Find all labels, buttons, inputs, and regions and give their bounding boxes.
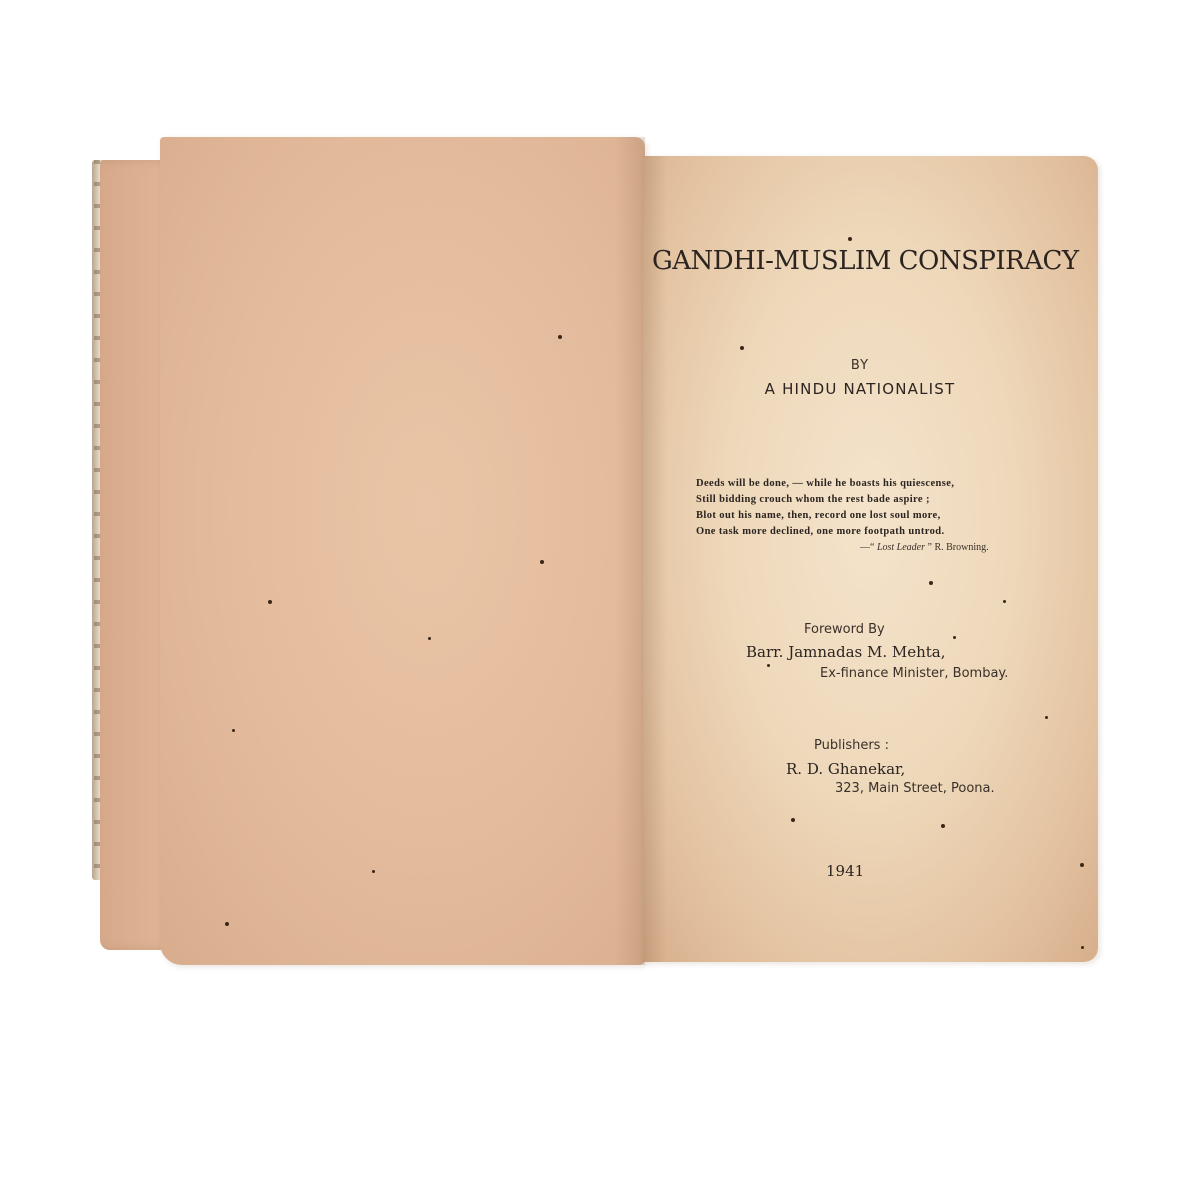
epigraph-line: Blot out his name, then, record one lost… [696, 508, 1036, 524]
by-label: BY [640, 358, 1080, 373]
foreword-label: Foreword By [804, 622, 885, 637]
foreword-author-title: Ex-finance Minister, Bombay. [820, 666, 1008, 681]
publication-year: 1941 [826, 862, 864, 880]
epigraph: Deeds will be done, — while he boasts hi… [696, 476, 1036, 540]
foreword-author: Barr. Jamnadas M. Mehta, [746, 643, 946, 661]
epigraph-line: One task more declined, one more footpat… [696, 524, 1036, 540]
epigraph-citation: —“ Lost Leader ” R. Browning. [860, 542, 1020, 553]
cite-work: Lost Leader [877, 542, 925, 553]
cite-prefix: —“ [860, 542, 877, 553]
left-page-blank [160, 137, 645, 965]
author: A HINDU NATIONALIST [640, 380, 1080, 398]
cite-author: ” R. Browning. [925, 542, 989, 553]
book-title: GANDHI-MUSLIM CONSPIRACY [652, 246, 1052, 276]
epigraph-line: Deeds will be done, — while he boasts hi… [696, 476, 1036, 492]
epigraph-line: Still bidding crouch whom the rest bade … [696, 492, 1036, 508]
publisher-name: R. D. Ghanekar, [786, 760, 905, 778]
open-book: GANDHI-MUSLIM CONSPIRACY BY A HINDU NATI… [0, 0, 1200, 1200]
publisher-label: Publishers : [814, 738, 889, 753]
publisher-address: 323, Main Street, Poona. [835, 781, 995, 796]
title-page [643, 156, 1098, 962]
